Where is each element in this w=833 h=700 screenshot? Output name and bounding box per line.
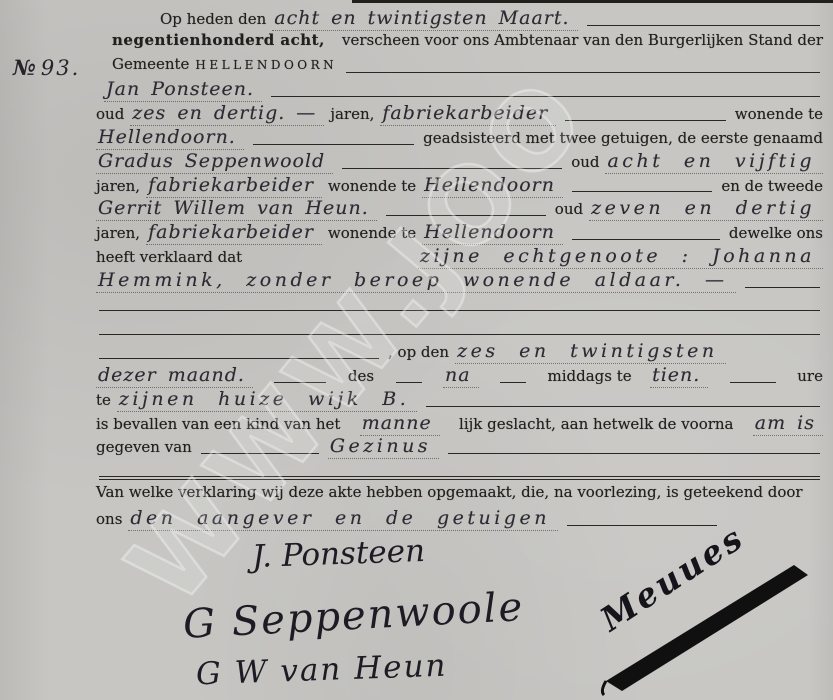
handwritten-entry: fabriekarbeider (146, 174, 322, 198)
document-line: Gradus Seppenwooldoudacht en vijftig (96, 150, 823, 174)
document-line (96, 459, 823, 483)
printed-text: oud (571, 153, 599, 171)
printed-text: Van welke verklaring wij deze akte hebbe… (96, 483, 803, 501)
form-rule (253, 144, 414, 145)
number-symbol: № (13, 55, 36, 80)
printed-text: te (96, 391, 111, 409)
document-line: oudzes en dertig. —jaren,fabriekarbeider… (96, 102, 823, 126)
form-rule (346, 72, 820, 73)
form-rule (500, 382, 526, 383)
form-rule (745, 287, 820, 288)
printed-text: ure (797, 367, 823, 385)
printed-text: , op den (388, 343, 449, 361)
handwritten-entry: zes en dertig. — (130, 102, 324, 126)
printed-text: middags te (547, 367, 631, 385)
handwritten-entry: am is (753, 412, 823, 436)
form-rule (386, 215, 546, 216)
handwritten-entry: acht en twintigsten Maart. (272, 7, 577, 31)
document-line (96, 316, 823, 340)
document-body: Op heden denacht en twintigsten Maart.ne… (96, 7, 823, 531)
handwritten-entry: Hemmink, zonder beroep wonende aldaar. — (96, 269, 736, 293)
handwritten-entry: Gradus Seppenwoold (96, 150, 333, 174)
form-rule (99, 334, 820, 335)
document-line: GemeenteHELLENDOORN (96, 55, 823, 79)
printed-text: wonende te (328, 224, 416, 242)
printed-text: geadsisteerd met twee getuigen, de eerst… (423, 129, 823, 147)
printed-text: des (348, 367, 374, 385)
form-rule (99, 476, 820, 480)
printed-text: Op heden den (160, 10, 266, 28)
form-rule (572, 191, 712, 192)
signature-official: Meuues (598, 545, 828, 697)
document-line: dezer maand.desnamiddags tetien.ure (96, 364, 823, 388)
printed-text: Gemeente (112, 55, 189, 73)
printed-text: is bevallen van een kind van het (96, 415, 340, 433)
printed-text: dewelke ons (729, 224, 823, 242)
form-rule (271, 96, 820, 97)
document-line: heeft verklaard datzijne echtgenoote : J… (96, 245, 823, 269)
handwritten-entry: dezer maand. (96, 364, 253, 388)
printed-text: gegeven van (96, 438, 192, 456)
handwritten-entry: zijne echtgenoote : Johanna (418, 245, 823, 269)
handwritten-entry: Hellendoorn. (96, 126, 244, 150)
handwritten-entry: zes en twintigsten (455, 340, 726, 364)
top-edge-rule (352, 0, 833, 3)
document-line: negentienhonderd acht,verscheen voor ons… (96, 31, 823, 55)
printed-text: jaren, (330, 105, 374, 123)
document-line: , op denzes en twintigsten (96, 340, 823, 364)
printed-text: jaren, (96, 224, 140, 242)
document-line: Hemmink, zonder beroep wonende aldaar. — (96, 269, 823, 293)
handwritten-entry: Hellendoorn (422, 174, 563, 198)
handwritten-entry: den aangever en de getuigen (128, 507, 558, 531)
handwritten-entry: acht en vijftig (605, 150, 823, 174)
printed-text: lijk geslacht, aan hetwelk de voorna (459, 415, 733, 433)
form-rule (567, 525, 717, 526)
form-rule (572, 239, 720, 240)
document-line: Van welke verklaring wij deze akte hebbe… (96, 483, 823, 507)
printed-text: oud (96, 105, 124, 123)
printed-text: heeft verklaard dat (96, 248, 242, 266)
document-line: tezijnen huize wijk B. (96, 388, 823, 412)
printed-text: wonende te (328, 177, 416, 195)
form-rule (565, 120, 726, 121)
form-rule (730, 382, 776, 383)
handwritten-entry: zijnen huize wijk B. (117, 388, 417, 412)
printed-text: wonende te (735, 105, 823, 123)
form-rule (99, 310, 820, 311)
document-line: gegeven vanGezinus (96, 435, 823, 459)
printed-text: HELLENDOORN (195, 58, 337, 72)
signature-witness-2: G W van Heun (195, 648, 448, 693)
form-rule (274, 382, 326, 383)
document-line: Jan Ponsteen. (96, 78, 823, 102)
printed-text: jaren, (96, 177, 140, 195)
form-rule (99, 358, 379, 359)
form-rule (201, 453, 319, 454)
handwritten-entry: Jan Ponsteen. (104, 78, 262, 102)
handwritten-entry: Gerrit Willem van Heun. (96, 197, 377, 221)
number-value: 93. (41, 56, 80, 80)
handwritten-entry: tien. (650, 364, 708, 388)
document-line: jaren,fabriekarbeiderwonende teHellendoo… (96, 174, 823, 198)
signature-declarant: J. Ponsteen (251, 533, 425, 575)
handwritten-entry: fabriekarbeider (146, 221, 322, 245)
form-rule (587, 25, 820, 26)
form-rule (342, 168, 562, 169)
document-line: jaren,fabriekarbeiderwonende teHellendoo… (96, 221, 823, 245)
scanned-birth-certificate: { "page": { "paper_color": "#c7c6c3", "p… (0, 0, 833, 700)
signature-witness-1: G Seppenwoole (182, 584, 525, 648)
handwritten-entry: na (443, 364, 479, 388)
form-rule (396, 382, 422, 383)
handwritten-entry: zeven en dertig (589, 197, 823, 221)
printed-text: oud (555, 200, 583, 218)
printed-text: negentienhonderd acht, (112, 31, 325, 49)
form-rule (426, 406, 820, 407)
margin-number: № 93. (13, 55, 80, 80)
document-line: Hellendoorn.geadsisteerd met twee getuig… (96, 126, 823, 150)
handwritten-entry: manne (360, 412, 440, 436)
document-line: Op heden denacht en twintigsten Maart. (96, 7, 823, 31)
printed-text: ons (96, 510, 122, 528)
handwritten-entry: Gezinus (328, 435, 439, 459)
form-rule (448, 453, 820, 454)
document-line (96, 293, 823, 317)
document-line: is bevallen van een kind van hetmannelij… (96, 412, 823, 436)
printed-text: en de tweede (721, 177, 823, 195)
printed-text: verscheen voor ons Ambtenaar van den Bur… (342, 31, 823, 49)
handwritten-entry: Hellendoorn (422, 221, 563, 245)
handwritten-entry: fabriekarbeider (380, 102, 556, 126)
document-line: Gerrit Willem van Heun.oudzeven en derti… (96, 197, 823, 221)
